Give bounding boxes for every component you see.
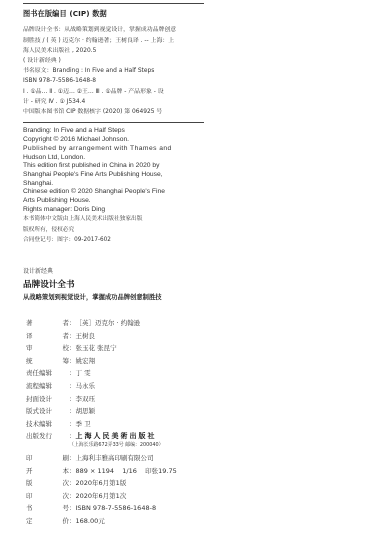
credit-row-author: 著者：［英］迈克尔 · 约翰逊	[26, 317, 177, 330]
cip-line: 计 - 研究 Ⅳ . ① J534.4	[23, 97, 204, 107]
credit-row-coordinator: 统筹：姚宏翔	[26, 355, 177, 368]
print-row-price: 定价：168.00元	[26, 515, 177, 528]
credit-label: 统	[26, 355, 33, 368]
print-value: 上海利丰雅高印刷有限公司	[76, 452, 154, 465]
credit-label: 出版发行	[26, 430, 52, 443]
cip-line: ( 设计新经典 )	[23, 56, 204, 66]
print-value: 2020年6月第1次	[76, 490, 127, 503]
copyright-line: This edition first published in China in…	[23, 162, 204, 171]
cip-block: 图书在版编目 (CIP) 数据 品牌设计全书：从战略策划到视觉设计，掌握成功品牌…	[23, 0, 204, 245]
credit-row-cover-design: 封面设计：李双珏	[26, 393, 177, 406]
credit-label: 审	[26, 342, 33, 355]
credit-label: 版式设计	[26, 405, 52, 418]
print-value: 168.00元	[76, 515, 105, 528]
copyright-line: Published by arrangement with Thames and	[23, 145, 204, 154]
credit-label: 译	[26, 330, 33, 343]
print-value: ISBN 978-7-5586-1648-8	[76, 502, 157, 515]
print-label: 印	[26, 490, 33, 503]
credit-label: 封面设计	[26, 393, 52, 406]
copyright-line: Rights manager: Doris Ding	[23, 206, 204, 215]
book-subtitle: 从战略策划到视觉设计，掌握成功品牌创意制胜技	[23, 292, 162, 301]
copyright-cn-line: 本书简体中文版由上海人民美术出版社独家出版	[23, 214, 204, 224]
cip-line: 书名原文：Branding : In Five and a Half Steps	[23, 66, 204, 76]
print-row-format: 开本：889 × 1194 1/16 印张19.75	[26, 465, 177, 478]
print-label: 定	[26, 515, 33, 528]
print-label: 版	[26, 477, 33, 490]
publisher-address: （上海长乐路672弄33号 邮编：200040）	[69, 441, 177, 450]
cip-line: Ⅰ . ①品… Ⅱ . ①迈… ②王… Ⅲ . ①品牌 - 产品形象 - 设	[23, 87, 204, 97]
credit-row-editor: 责任编辑：丁 雯	[26, 367, 177, 380]
credit-value: 季 卫	[76, 418, 91, 431]
cip-line: 品牌设计全书：从战略策划到视觉设计，掌握成功品牌创意	[23, 25, 204, 35]
copyright-line: Hudson Ltd, London.	[23, 154, 204, 163]
credit-row-process-editor: 流程编辑：马永乐	[26, 380, 177, 393]
credit-row-technical-editor: 技术编辑：季 卫	[26, 418, 177, 431]
copyright-cn-line: 版权所有，侵权必究	[23, 225, 204, 235]
credit-value: 胡思颖	[76, 405, 96, 418]
credit-row-layout-design: 版式设计：胡思颖	[26, 405, 177, 418]
print-value: 2020年6月第1版	[76, 477, 127, 490]
cip-line: 制胜技 / ( 英 ) 迈克尔 · 约翰逊著；王树良译 . -- 上海：上	[23, 36, 204, 46]
series-name: 设计新经典	[23, 266, 53, 275]
copyright-line: Chinese edition © 2020 Shanghai People's…	[23, 188, 204, 197]
cip-record: 品牌设计全书：从战略策划到视觉设计，掌握成功品牌创意 制胜技 / ( 英 ) 迈…	[23, 25, 204, 117]
copyright-line: Branding: In Five and a Half Steps	[23, 127, 204, 136]
contract-number: 合同登记号：图字：09-2017-602	[23, 235, 204, 245]
credits-list: 著者：［英］迈克尔 · 约翰逊 译者：王树良 审校：张玉花 张昆宁 统筹：姚宏翔…	[26, 317, 177, 528]
copyright-line: Shanghai People's Fine Arts Publishing H…	[23, 171, 204, 180]
print-label: 印	[26, 452, 33, 465]
cip-heading: 图书在版编目 (CIP) 数据	[23, 9, 204, 19]
print-row-printer: 印刷：上海利丰雅高印刷有限公司	[26, 452, 177, 465]
print-label: 开	[26, 465, 33, 478]
copyright-notice: Branding: In Five and a Half Steps Copyr…	[23, 127, 204, 245]
credit-value: 姚宏翔	[76, 355, 96, 368]
credit-label: 流程编辑	[26, 380, 52, 393]
copyright-line: Arts Publishing House.	[23, 197, 204, 206]
copyright-line: Copyright © 2016 Michael Johnson.	[23, 136, 204, 145]
cip-line: 海人民美术出版社 , 2020.5	[23, 46, 204, 56]
credit-row-reviewer: 审校：张玉花 张昆宁	[26, 342, 177, 355]
credit-value: 马永乐	[76, 380, 96, 393]
credit-value: 王树良	[76, 330, 96, 343]
credit-value: 张玉花 张昆宁	[76, 342, 117, 355]
print-label: 书	[26, 502, 33, 515]
credit-value: 丁 雯	[76, 367, 91, 380]
credit-row-translator: 译者：王树良	[26, 330, 177, 343]
book-title: 品牌设计全书	[23, 278, 75, 290]
credit-value: ［英］迈克尔 · 约翰逊	[76, 317, 141, 330]
credit-label: 责任编辑	[26, 367, 52, 380]
credit-label: 技术编辑	[26, 418, 52, 431]
print-row-impression: 印次：2020年6月第1次	[26, 490, 177, 503]
middle-divider	[23, 122, 204, 123]
credit-label: 著	[26, 317, 33, 330]
print-row-edition: 版次：2020年6月第1版	[26, 477, 177, 490]
print-value: 889 × 1194 1/16 印张19.75	[76, 465, 177, 478]
credit-value: 李双珏	[76, 393, 96, 406]
cip-line: 中国版本图书馆 CIP 数据核字 (2020) 第 064925 号	[23, 107, 204, 117]
cip-line: ISBN 978-7-5586-1648-8	[23, 76, 204, 86]
top-divider	[23, 3, 204, 4]
print-row-isbn: 书号：ISBN 978-7-5586-1648-8	[26, 502, 177, 515]
